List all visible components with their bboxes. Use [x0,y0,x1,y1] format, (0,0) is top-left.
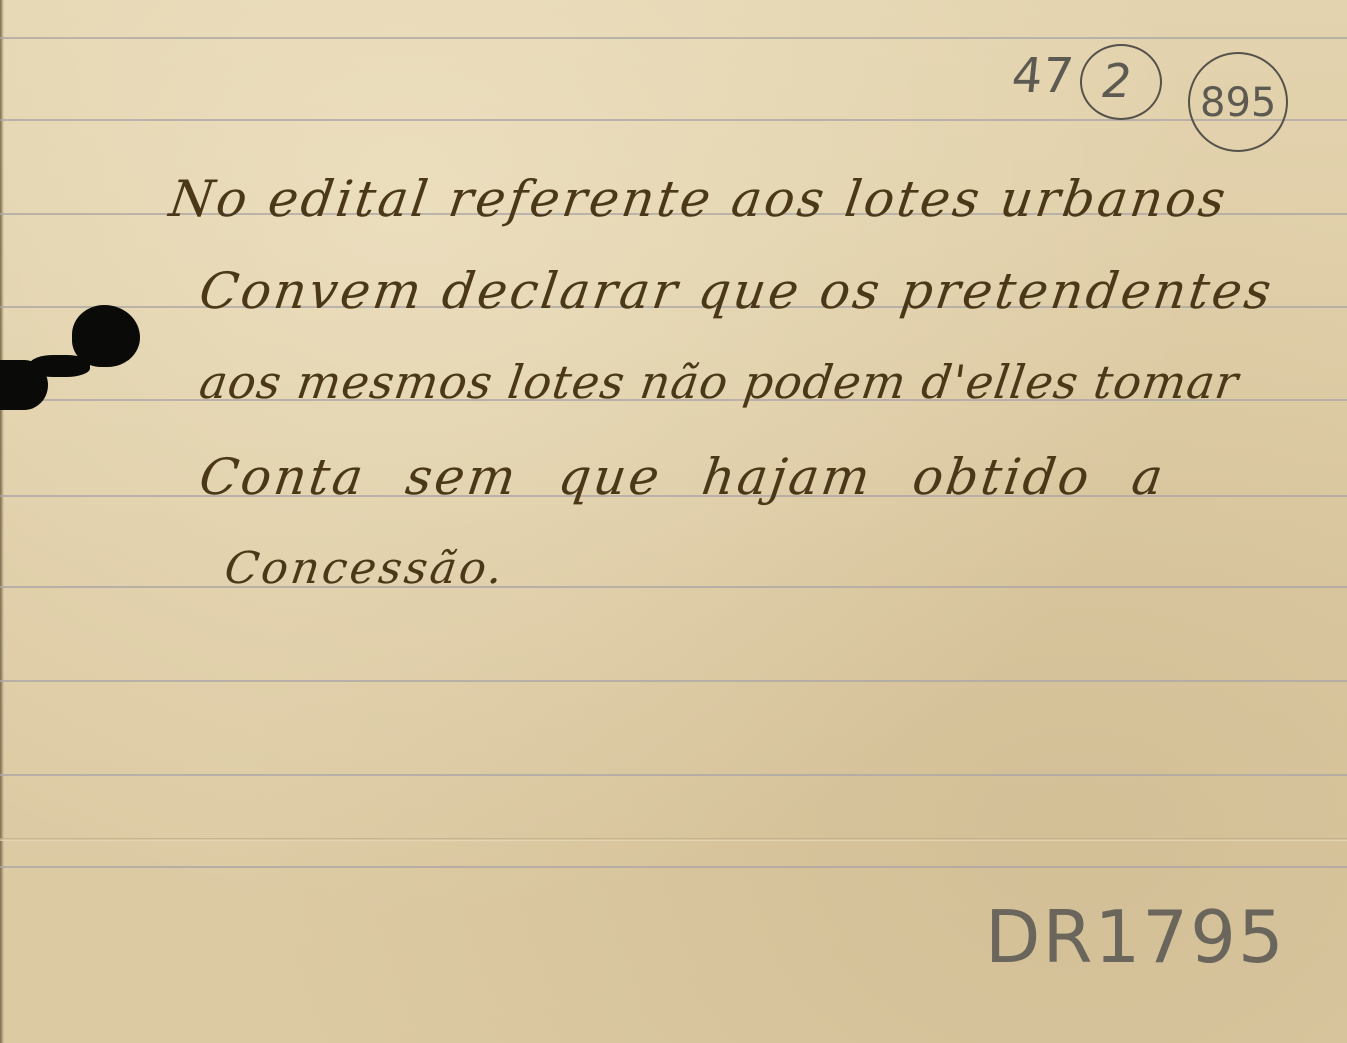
handwritten-line-1: No edital referente aos lotes urbanos [166,170,1232,228]
handwritten-line-5: Concessão. [221,543,508,594]
page-edge [0,0,4,1043]
handwritten-line-3: aos mesmos lotes não podem d'elles tomar [196,355,1242,409]
ruled-line [0,774,1347,776]
circled-number: 2 [1102,54,1131,108]
ruled-line [0,119,1347,121]
ruled-line [0,37,1347,39]
ruled-line [0,586,1347,588]
circled-number: 895 [1200,80,1276,126]
ink-blot [0,360,48,410]
folio-number: 47 [1009,48,1076,104]
ruled-line [0,680,1347,682]
ruled-line [0,866,1347,868]
archive-code: DR1795 [985,895,1286,979]
handwritten-line-2: Convem declarar que os pretendentes [196,262,1278,320]
fold-crease [0,838,1347,841]
document-page: 47 2 895 No edital referente aos lotes u… [0,0,1347,1043]
handwritten-line-4: Conta sem que hajam obtido a [196,448,1169,506]
